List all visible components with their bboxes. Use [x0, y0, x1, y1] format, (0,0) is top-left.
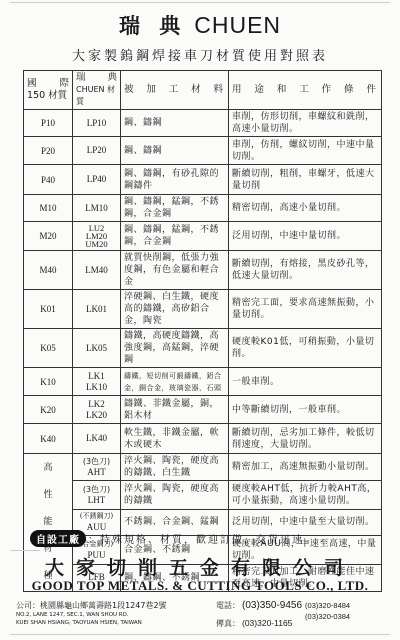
table-row-k10: K10 LK1 LK10 鑄鐵，短切削可鍛鑄鐵，鋁合金，銅合金，玻璃瓷器，石頭 … [24, 368, 382, 396]
table-header-row: 國際 150 材質 瑞典 CHUEN 材質 被加工材料 用途和工作條件 [24, 71, 382, 110]
brand-cjk: 瑞 典 [119, 14, 186, 38]
brand-title: 瑞 典CHUEN [0, 10, 400, 40]
company-name-cn: 大家切削五金有限公司 [0, 553, 400, 580]
factory-badge: 自設工廠 [30, 530, 86, 547]
address-block: 公司：桃園縣龜山鄉萬壽路1段1247巷2號 NO.2, LANE 1247, S… [16, 600, 167, 627]
table-row-aht: 高 性 能 材 種 (3色刀) AHT 淬火鋼、陶瓷，硬度高的鑄鐵、白生鐵 精密… [24, 454, 382, 481]
address-cn: 公司：桃園縣龜山鄉萬壽路1段1247巷2號 [16, 600, 167, 611]
factory-note-text: ：特殊規格、材質，歡迎訂做，交貨迅速。 [88, 531, 316, 546]
table-row-k40: K40 LK40 軟生鐵，非鐵金屬，軟木或硬木 斷續切削，忌劣加工條件，較低切削… [24, 424, 382, 454]
contact-block: 電話： (03)350-9456 (03)320-8484 (03)320-03… [216, 600, 350, 629]
header-material: 被加工材料 [121, 71, 229, 110]
table-row-lht: (3色刀) LHT 淬火鋼、陶瓷，硬度高的鑄鐵 硬度較AHT低，抗折力較AHT高… [24, 481, 382, 509]
scan-edge-top [10, 2, 390, 3]
material-comparison-table: 國際 150 材質 瑞典 CHUEN 材質 被加工材料 用途和工作條件 P10 … [23, 70, 382, 592]
scan-edge-bottom [10, 634, 390, 635]
table-row-p10: P10 LP10 鋼、鑄鋼 車削，仿形切削，車螺紋和銑削，高速小量切削。 [24, 110, 382, 137]
fax-number: (03)320-1165 [242, 618, 292, 629]
table-row-k05: K05 LK05 鑄鐵，高硬度鑄鐵，高強度鋼，高錳鋼，淬硬鋼 硬度較K01低，可… [24, 329, 382, 368]
factory-note: 自設工廠 ：特殊規格、材質，歡迎訂做，交貨迅速。 [30, 530, 316, 547]
header-usage: 用途和工作條件 [229, 71, 382, 110]
header-iso: 國際 150 材質 [24, 71, 73, 110]
company-name-en: GOOD TOP METALS. & CUTTING TOOLS CO., LT… [0, 578, 400, 594]
table-row-m20: M20 LU2 LM20 UM20 鋼、鑄鋼，錳鋼，不銹鋼，合金鋼 泛用切削，中… [24, 222, 382, 251]
phone-3: (03)320-0384 [305, 611, 350, 622]
table-row-m40: M40 LM40 就質快削鋼，低張力強度鋼，有色金屬和輕合金 斷續切削，有熔接，… [24, 251, 382, 290]
table-row-k20: K20 LK2 LK20 鑄鐵、非鐵金屬，銅，鋁木材 中等斷續切削，一般車削。 [24, 396, 382, 424]
address-en-line2: KUEI SHAN HSIANG, TAOYUAN HSIEN, TAIWAN [16, 619, 167, 627]
fax-label: 傳真： [216, 618, 240, 629]
table-row-p20: P20 LP20 鋼、鑄鋼 車削，仿削，螺紋切削，中速中量切削。 [24, 137, 382, 165]
brand-en: CHUEN [194, 12, 281, 38]
table-row-m10: M10 LM10 鋼、鑄鋼，錳鋼，不銹鋼，合金鋼 精密切削，高速小量切削。 [24, 195, 382, 222]
document-subtitle: 大家製鎢鋼焊接車刀材質使用對照表 [0, 45, 400, 64]
header-chuen: 瑞典 CHUEN 材質 [73, 71, 121, 110]
scan-mark [10, 550, 40, 551]
table-row-p40: P40 LP40 鋼、鑄鋼，有砂孔隙的鋼鑄件 斷續切削，粗削，車螺牙，低速大量切… [24, 165, 382, 195]
phone-2: (03)320-8484 [305, 600, 350, 611]
table-row-k01: K01 LK01 淬硬鋼、白生鐵，硬度高的鑄鐵，高矽鋁合金，陶瓷 精密完工面，要… [24, 290, 382, 329]
address-en-line1: NO.2, LANE 1247, SEC.1, WAN SHOU RD. [16, 611, 167, 619]
